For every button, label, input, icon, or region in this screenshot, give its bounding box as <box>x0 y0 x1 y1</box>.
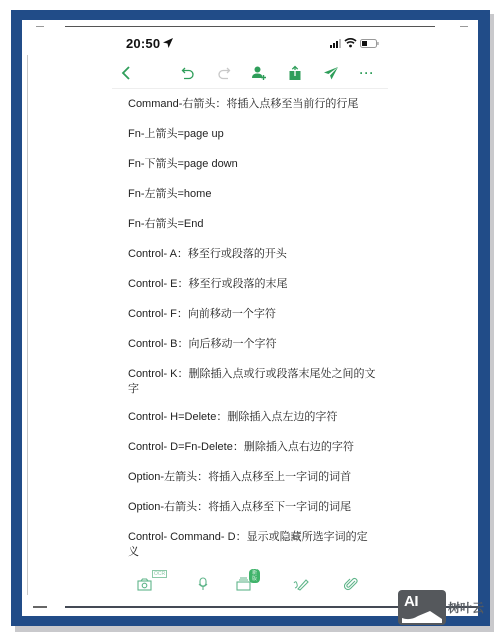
location-arrow-icon <box>162 37 174 49</box>
note-line: Control- F：向前移动一个字符 <box>128 307 378 322</box>
watermark-brand-text: 树叶云 <box>448 599 484 616</box>
frame-edge-line <box>27 55 28 595</box>
attachment-button[interactable] <box>337 570 365 598</box>
note-line: Fn-右箭头=End <box>128 217 378 232</box>
battery-icon <box>360 39 379 48</box>
note-line: Fn-下箭头=page down <box>128 157 378 172</box>
send-button[interactable] <box>320 62 342 84</box>
status-bar: 20:50 <box>112 36 388 54</box>
note-line: Control- D=Fn-Delete：删除插入点右边的字符 <box>128 440 378 455</box>
voice-button[interactable] <box>189 570 217 598</box>
more-button[interactable]: ··· <box>356 62 378 84</box>
note-line: Control- Command- D：显示或隐藏所选字词的定义 <box>128 530 378 560</box>
note-line: Command-右箭头：将插入点移至当前行的行尾 <box>128 97 378 112</box>
undo-button[interactable] <box>177 62 199 84</box>
handwriting-pen-icon <box>293 577 309 591</box>
undo-icon <box>181 66 195 80</box>
add-user-icon <box>251 65 267 81</box>
watermark-mountain-icon <box>402 609 442 623</box>
note-body[interactable]: Command-右箭头：将插入点移至当前行的行尾 Fn-上箭头=page up … <box>128 97 378 575</box>
note-line: Option-右箭头：将插入点移至下一字词的词尾 <box>128 500 378 515</box>
back-chevron-icon <box>121 66 131 80</box>
frame-edge-line <box>65 26 435 27</box>
bottom-toolbar: OCR 新版 <box>112 570 388 598</box>
toolbar-separator <box>112 88 388 89</box>
watermark-logo-text: AI <box>404 593 418 610</box>
note-line: Control- E：移至行或段落的末尾 <box>128 277 378 292</box>
new-badge: 新版 <box>249 569 260 583</box>
frame-edge-line <box>33 606 47 608</box>
note-line: Fn-上箭头=page up <box>128 127 378 142</box>
wifi-icon <box>344 37 357 48</box>
status-time: 20:50 <box>126 36 160 51</box>
note-line: Control- B：向后移动一个字符 <box>128 337 378 352</box>
camera-ocr-icon <box>137 577 153 591</box>
watermark-logo: AI <box>398 590 446 625</box>
send-paper-plane-icon <box>323 66 339 80</box>
template-button[interactable]: 新版 <box>230 570 258 598</box>
frame-edge-line <box>36 26 44 27</box>
note-line: Control- A：移至行或段落的开头 <box>128 247 378 262</box>
back-button[interactable] <box>115 62 137 84</box>
microphone-icon <box>197 577 209 591</box>
share-button[interactable] <box>284 62 306 84</box>
share-upload-icon <box>288 65 302 81</box>
redo-icon <box>217 66 231 80</box>
more-ellipsis-icon: ··· <box>360 66 375 80</box>
ocr-badge: OCR <box>152 570 167 578</box>
handwriting-button[interactable] <box>287 570 315 598</box>
add-collaborator-button[interactable] <box>248 62 270 84</box>
note-toolbar: ··· <box>112 62 388 84</box>
redo-button[interactable] <box>213 62 235 84</box>
frame-edge-line <box>460 26 468 27</box>
note-line: Option-左箭头：将插入点移至上一字词的词首 <box>128 470 378 485</box>
camera-ocr-button[interactable]: OCR <box>131 570 159 598</box>
paperclip-icon <box>344 577 358 591</box>
note-line: Fn-左箭头=home <box>128 187 378 202</box>
cellular-signal-icon <box>330 39 342 48</box>
note-line: Control- K：删除插入点或行或段落末尾处之间的文字 <box>128 367 378 397</box>
note-line: Control- H=Delete：删除插入点左边的字符 <box>128 410 378 425</box>
